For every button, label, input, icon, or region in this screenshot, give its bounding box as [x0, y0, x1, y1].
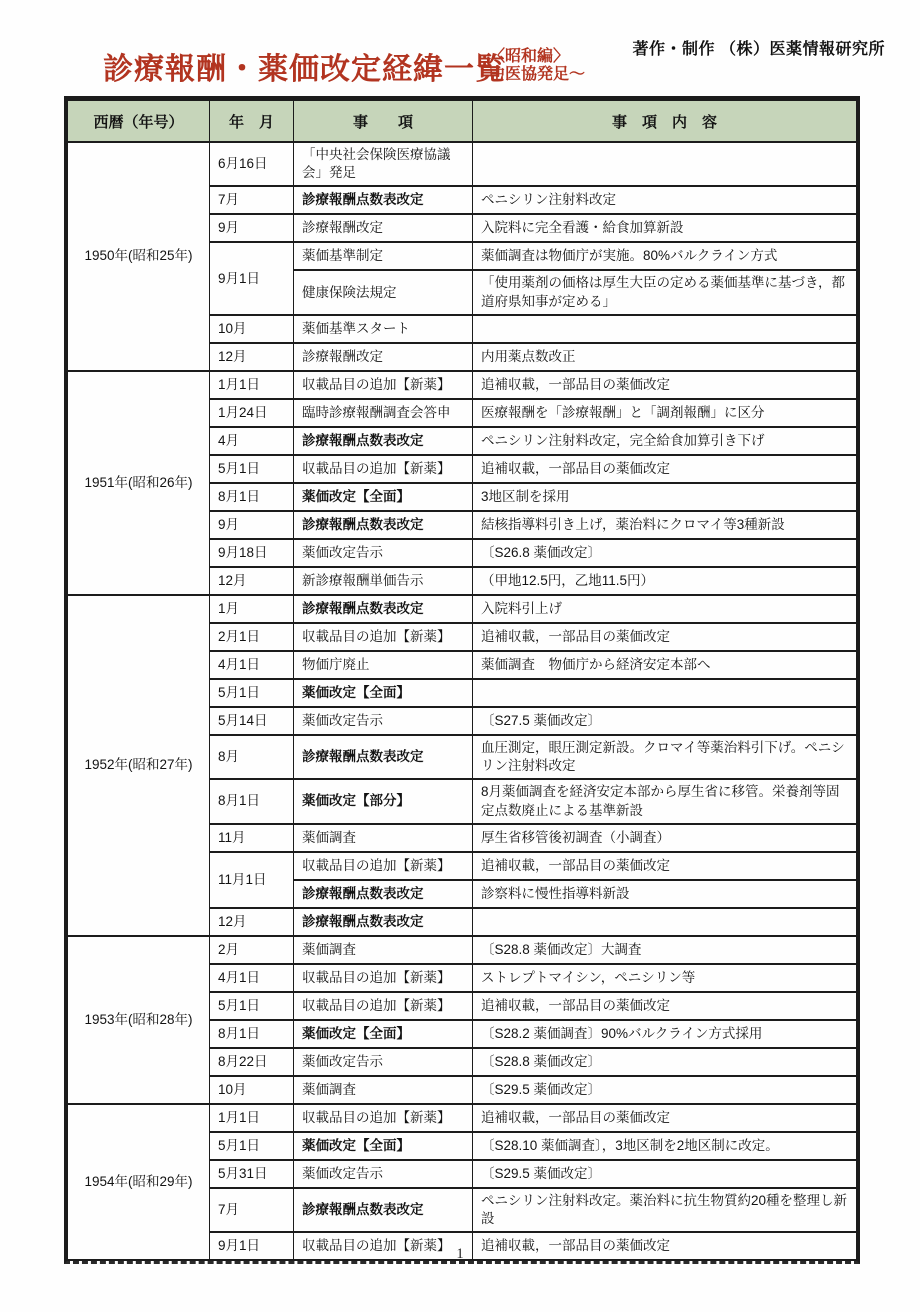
- date-cell: 9月18日: [210, 539, 294, 567]
- page-subtitle: 〈昭和編〉 中医協発足～: [489, 48, 585, 85]
- detail-cell: 〔S29.5 薬価改定〕: [473, 1160, 857, 1188]
- item-cell: 収載品目の追加【新薬】: [294, 623, 473, 651]
- item-cell: 診療報酬点数表改定: [294, 427, 473, 455]
- table-body: 1950年(昭和25年)6月16日「中央社会保険医療協議会」発足7月診療報酬点数…: [68, 142, 857, 1260]
- detail-cell: [473, 142, 857, 186]
- table-row: 1950年(昭和25年)6月16日「中央社会保険医療協議会」発足: [68, 142, 857, 186]
- item-cell: 診療報酬点数表改定: [294, 595, 473, 623]
- date-cell: 5月1日: [210, 1132, 294, 1160]
- item-cell: 薬価改定告示: [294, 707, 473, 735]
- year-cell: 1952年(昭和27年): [68, 595, 210, 936]
- detail-cell: 結核指導料引き上げ，薬治料にクロマイ等3種新設: [473, 511, 857, 539]
- detail-cell: 追補収載，一部品目の薬価改定: [473, 371, 857, 399]
- document-page: 診療報酬・薬価改定経緯一覧 〈昭和編〉 中医協発足～ 著作・制作 （株）医薬情報…: [0, 0, 920, 1312]
- table-row: 1952年(昭和27年)1月診療報酬点数表改定入院料引上げ: [68, 595, 857, 623]
- column-header-year: 西暦（年号）: [68, 100, 210, 142]
- date-cell: 8月1日: [210, 1020, 294, 1048]
- item-cell: 診療報酬改定: [294, 343, 473, 371]
- item-cell: 収載品目の追加【新薬】: [294, 964, 473, 992]
- table-row: 1954年(昭和29年)1月1日収載品目の追加【新薬】追補収載，一部品目の薬価改…: [68, 1104, 857, 1132]
- detail-cell: ペニシリン注射料改定。薬治料に抗生物質約20種を整理し新設: [473, 1188, 857, 1232]
- item-cell: 薬価調査: [294, 824, 473, 852]
- item-cell: 薬価改定【全面】: [294, 1020, 473, 1048]
- date-cell: 8月1日: [210, 779, 294, 823]
- revision-table-wrapper: 西暦（年号） 年 月 事 項 事 項 内 容 1950年(昭和25年)6月16日…: [64, 96, 860, 1264]
- detail-cell: 薬価調査 物価庁から経済安定本部へ: [473, 651, 857, 679]
- credit-line: 著作・制作 （株）医薬情報研究所: [633, 36, 885, 59]
- date-cell: 4月1日: [210, 964, 294, 992]
- item-cell: 薬価調査: [294, 1076, 473, 1104]
- detail-cell: 〔S28.8 薬価改定〕大調査: [473, 936, 857, 964]
- item-cell: 薬価改定告示: [294, 1160, 473, 1188]
- item-cell: 薬価調査: [294, 936, 473, 964]
- detail-cell: 追補収載，一部品目の薬価改定: [473, 852, 857, 880]
- table-header-row: 西暦（年号） 年 月 事 項 事 項 内 容: [68, 100, 857, 142]
- detail-cell: 追補収載，一部品目の薬価改定: [473, 455, 857, 483]
- date-cell: 4月1日: [210, 651, 294, 679]
- table-row: 1953年(昭和28年)2月薬価調査〔S28.8 薬価改定〕大調査: [68, 936, 857, 964]
- date-cell: 7月: [210, 1188, 294, 1232]
- item-cell: 薬価改定【部分】: [294, 779, 473, 823]
- detail-cell: 〔S29.5 薬価改定〕: [473, 1076, 857, 1104]
- item-cell: 薬価改定告示: [294, 539, 473, 567]
- item-cell: 薬価改定【全面】: [294, 679, 473, 707]
- date-cell: 11月1日: [210, 852, 294, 908]
- detail-cell: 薬価調査は物価庁が実施。80%バルクライン方式: [473, 242, 857, 270]
- item-cell: 薬価改定【全面】: [294, 483, 473, 511]
- detail-cell: ペニシリン注射料改定，完全給食加算引き下げ: [473, 427, 857, 455]
- item-cell: 物価庁廃止: [294, 651, 473, 679]
- date-cell: 1月24日: [210, 399, 294, 427]
- item-cell: 収載品目の追加【新薬】: [294, 455, 473, 483]
- detail-cell: 入院料に完全看護・給食加算新設: [473, 214, 857, 242]
- date-cell: 6月16日: [210, 142, 294, 186]
- date-cell: 10月: [210, 1076, 294, 1104]
- detail-cell: 〔S28.8 薬価改定〕: [473, 1048, 857, 1076]
- item-cell: 診療報酬点数表改定: [294, 186, 473, 214]
- item-cell: 収載品目の追加【新薬】: [294, 371, 473, 399]
- date-cell: 11月: [210, 824, 294, 852]
- item-cell: 薬価基準制定: [294, 242, 473, 270]
- item-cell: 診療報酬点数表改定: [294, 880, 473, 908]
- year-cell: 1953年(昭和28年): [68, 936, 210, 1104]
- detail-cell: 〔S27.5 薬価改定〕: [473, 707, 857, 735]
- date-cell: 1月: [210, 595, 294, 623]
- date-cell: 9月: [210, 511, 294, 539]
- column-header-date: 年 月: [210, 100, 294, 142]
- year-cell: 1951年(昭和26年): [68, 371, 210, 595]
- page-subtitle-line1: 〈昭和編〉: [489, 48, 585, 66]
- item-cell: 「中央社会保険医療協議会」発足: [294, 142, 473, 186]
- detail-cell: 〔S28.10 薬価調査〕，3地区制を2地区制に改定。: [473, 1132, 857, 1160]
- detail-cell: 診察料に慢性指導料新設: [473, 880, 857, 908]
- item-cell: 薬価改定【全面】: [294, 1132, 473, 1160]
- date-cell: 2月1日: [210, 623, 294, 651]
- item-cell: 健康保険法規定: [294, 270, 473, 314]
- date-cell: 12月: [210, 567, 294, 595]
- item-cell: 診療報酬点数表改定: [294, 511, 473, 539]
- date-cell: 4月: [210, 427, 294, 455]
- date-cell: 2月: [210, 936, 294, 964]
- date-cell: 12月: [210, 343, 294, 371]
- date-cell: 5月1日: [210, 992, 294, 1020]
- date-cell: 7月: [210, 186, 294, 214]
- detail-cell: 8月薬価調査を経済安定本部から厚生省に移管。栄養剤等固定点数廃止による基準新設: [473, 779, 857, 823]
- item-cell: 薬価改定告示: [294, 1048, 473, 1076]
- item-cell: 収載品目の追加【新薬】: [294, 852, 473, 880]
- item-cell: 診療報酬点数表改定: [294, 1188, 473, 1232]
- year-cell: 1954年(昭和29年): [68, 1104, 210, 1260]
- detail-cell: 追補収載，一部品目の薬価改定: [473, 992, 857, 1020]
- page-number: 1: [0, 1246, 920, 1263]
- date-cell: 12月: [210, 908, 294, 936]
- date-cell: 8月: [210, 735, 294, 779]
- revision-table: 西暦（年号） 年 月 事 項 事 項 内 容 1950年(昭和25年)6月16日…: [67, 99, 857, 1261]
- detail-cell: 入院料引上げ: [473, 595, 857, 623]
- detail-cell: 〔S26.8 薬価改定〕: [473, 539, 857, 567]
- detail-cell: 「使用薬剤の価格は厚生大臣の定める薬価基準に基づき，都道府県知事が定める」: [473, 270, 857, 314]
- date-cell: 5月14日: [210, 707, 294, 735]
- item-cell: 新診療報酬単価告示: [294, 567, 473, 595]
- detail-cell: 厚生省移管後初調査（小調査）: [473, 824, 857, 852]
- date-cell: 8月22日: [210, 1048, 294, 1076]
- date-cell: 1月1日: [210, 1104, 294, 1132]
- detail-cell: 医療報酬を「診療報酬」と「調剤報酬」に区分: [473, 399, 857, 427]
- date-cell: 5月1日: [210, 679, 294, 707]
- detail-cell: 内用薬点数改正: [473, 343, 857, 371]
- date-cell: 1月1日: [210, 371, 294, 399]
- detail-cell: [473, 315, 857, 343]
- detail-cell: 〔S28.2 薬価調査〕90%バルクライン方式採用: [473, 1020, 857, 1048]
- date-cell: 9月: [210, 214, 294, 242]
- detail-cell: [473, 908, 857, 936]
- item-cell: 薬価基準スタート: [294, 315, 473, 343]
- item-cell: 診療報酬点数表改定: [294, 908, 473, 936]
- item-cell: 臨時診療報酬調査会答申: [294, 399, 473, 427]
- detail-cell: ストレプトマイシン，ペニシリン等: [473, 964, 857, 992]
- date-cell: 10月: [210, 315, 294, 343]
- document-header: 診療報酬・薬価改定経緯一覧 〈昭和編〉 中医協発足～ 著作・制作 （株）医薬情報…: [0, 0, 920, 96]
- detail-cell: （甲地12.5円，乙地11.5円）: [473, 567, 857, 595]
- date-cell: 9月1日: [210, 242, 294, 314]
- detail-cell: 追補収載，一部品目の薬価改定: [473, 1104, 857, 1132]
- date-cell: 5月1日: [210, 455, 294, 483]
- year-cell: 1950年(昭和25年): [68, 142, 210, 371]
- date-cell: 8月1日: [210, 483, 294, 511]
- item-cell: 診療報酬改定: [294, 214, 473, 242]
- detail-cell: ペニシリン注射料改定: [473, 186, 857, 214]
- item-cell: 収載品目の追加【新薬】: [294, 992, 473, 1020]
- table-row: 1951年(昭和26年)1月1日収載品目の追加【新薬】追補収載，一部品目の薬価改…: [68, 371, 857, 399]
- detail-cell: 3地区制を採用: [473, 483, 857, 511]
- table-header: 西暦（年号） 年 月 事 項 事 項 内 容: [68, 100, 857, 142]
- page-title: 診療報酬・薬価改定経緯一覧: [103, 44, 506, 88]
- item-cell: 診療報酬点数表改定: [294, 735, 473, 779]
- item-cell: 収載品目の追加【新薬】: [294, 1104, 473, 1132]
- date-cell: 5月31日: [210, 1160, 294, 1188]
- detail-cell: 追補収載，一部品目の薬価改定: [473, 623, 857, 651]
- column-header-item: 事 項: [294, 100, 473, 142]
- detail-cell: [473, 679, 857, 707]
- page-subtitle-line2: 中医協発足～: [489, 66, 585, 84]
- column-header-detail: 事 項 内 容: [473, 100, 857, 142]
- detail-cell: 血圧測定，眼圧測定新設。クロマイ等薬治料引下げ。ペニシリン注射料改定: [473, 735, 857, 779]
